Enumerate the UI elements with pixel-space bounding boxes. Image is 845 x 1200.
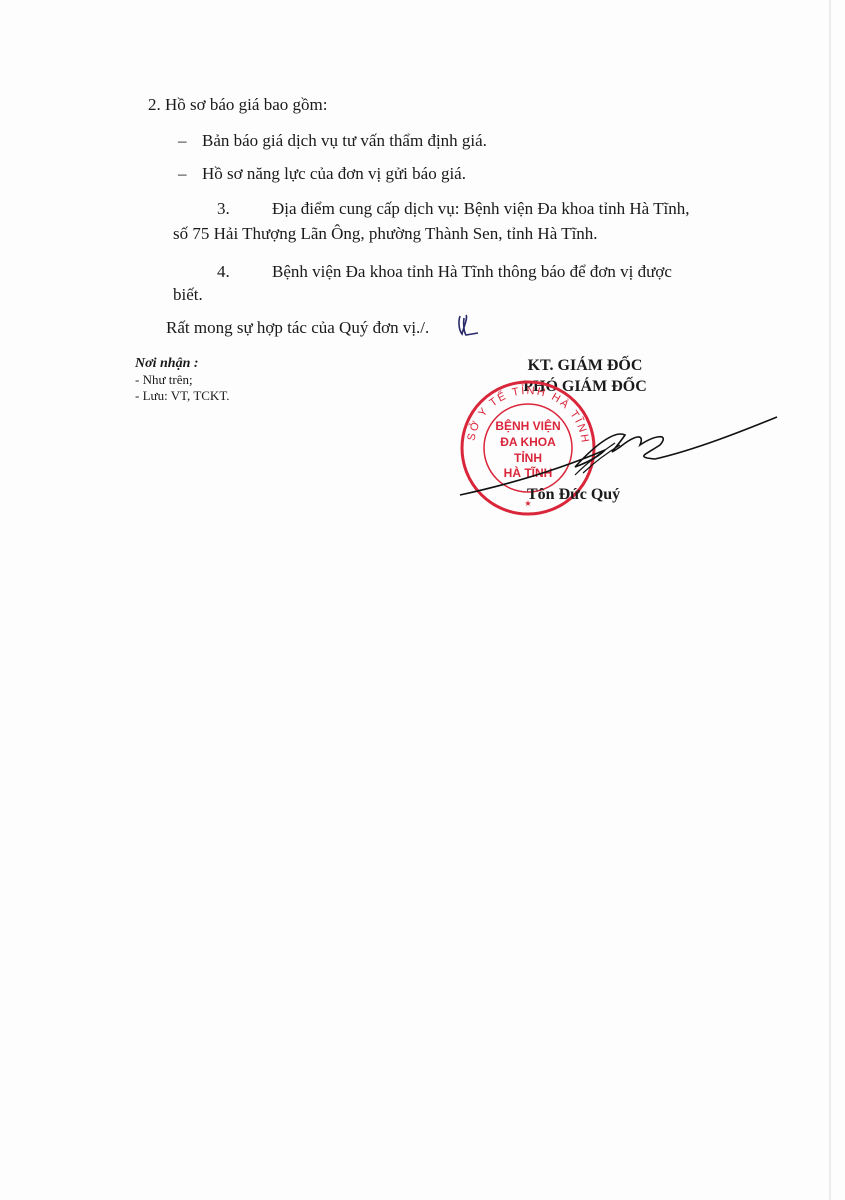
recipient-item: - Lưu: VT, TCKT. (135, 388, 230, 404)
dash-marker: – (178, 130, 202, 152)
bullet-item: –Bản báo giá dịch vụ tư vấn thẩm định gi… (178, 130, 487, 152)
section-4-line-2: biết. (173, 284, 203, 306)
dash-marker: – (178, 163, 202, 185)
section-4-line-1: 4.Bệnh viện Đa khoa tỉnh Hà Tĩnh thông b… (217, 261, 672, 283)
recipients-title: Nơi nhận : (135, 356, 230, 372)
document-page: 2. Hồ sơ báo giá bao gồm: –Bản báo giá d… (0, 0, 845, 1200)
recipient-item: - Như trên; (135, 372, 230, 388)
signer-name: Tôn Đức Quý (527, 486, 620, 504)
signature-line-1: KT. GIÁM ĐỐC (500, 355, 670, 376)
section-3-line-1: 3.Địa điểm cung cấp dịch vụ: Bệnh viện Đ… (217, 198, 690, 220)
recipients-block: Nơi nhận : - Như trên; - Lưu: VT, TCKT. (135, 356, 230, 404)
section-2-heading: 2. Hồ sơ báo giá bao gồm: (148, 94, 327, 116)
bullet-item: –Hồ sơ năng lực của đơn vị gửi báo giá. (178, 163, 466, 185)
section-text: Bệnh viện Đa khoa tỉnh Hà Tĩnh thông báo… (272, 262, 672, 281)
initial-mark (454, 312, 494, 338)
section-number: 4. (217, 261, 272, 283)
section-text: Địa điểm cung cấp dịch vụ: Bệnh viện Đa … (272, 199, 690, 218)
page-edge (829, 0, 831, 1200)
bullet-text: Hồ sơ năng lực của đơn vị gửi báo giá. (202, 164, 466, 183)
section-3-line-2: số 75 Hải Thượng Lãn Ông, phường Thành S… (173, 223, 598, 245)
bullet-text: Bản báo giá dịch vụ tư vấn thẩm định giá… (202, 131, 487, 150)
closing-line: Rất mong sự hợp tác của Quý đơn vị./. (166, 317, 429, 339)
section-number: 3. (217, 198, 272, 220)
